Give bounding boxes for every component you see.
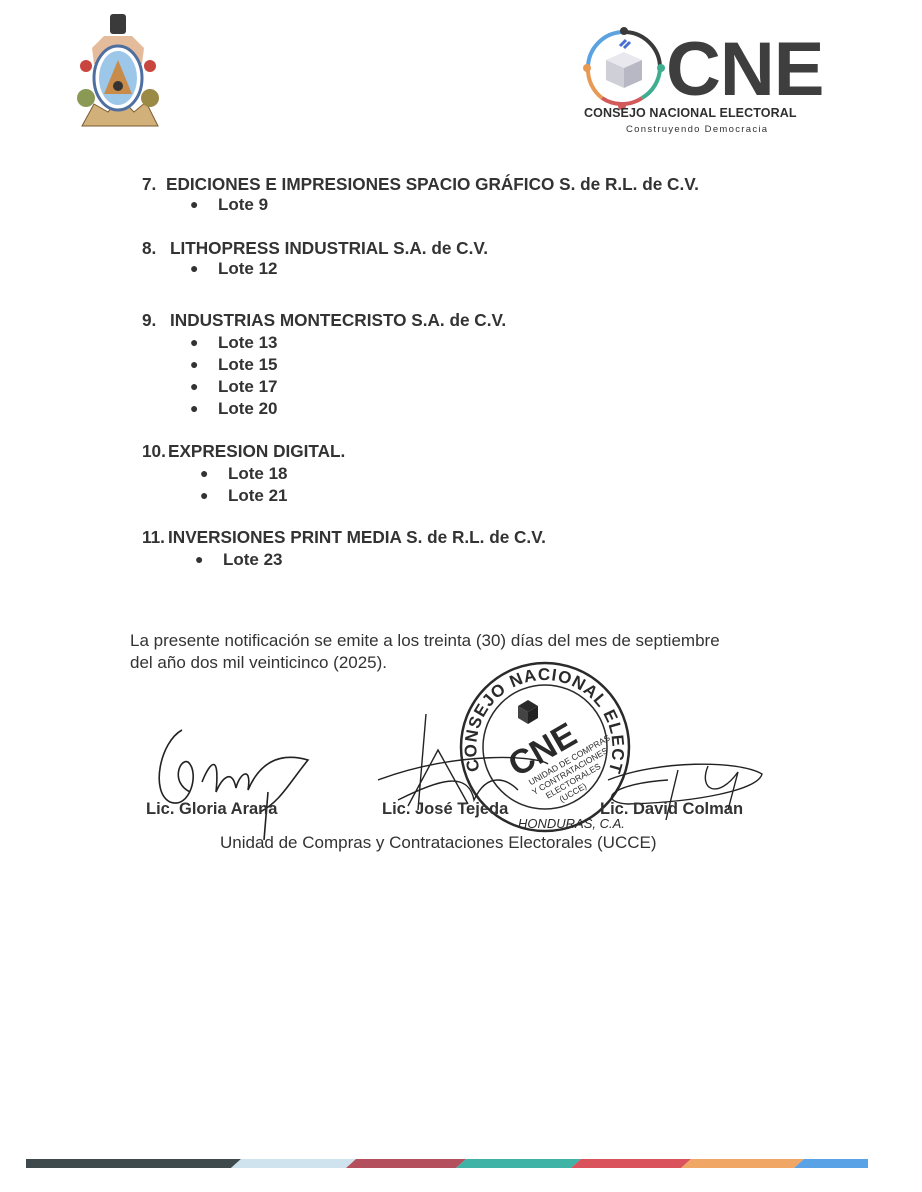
cne-wordmark: CNE [666,30,823,110]
company-number: 7. [142,174,166,194]
company-number: 11. [142,527,168,547]
lote-item: ●Lote 21 [200,484,288,507]
company-item: 9.INDUSTRIAS MONTECRISTO S.A. de C.V. [142,310,506,330]
company-name: LITHOPRESS INDUSTRIAL S.A. de C.V. [170,238,488,258]
bullet-icon: ● [200,462,228,484]
signer-name: Lic. José Tejeda [382,800,508,819]
company-item: 7.EDICIONES E IMPRESIONES SPACIO GRÁFICO… [142,174,699,194]
company-name: INVERSIONES PRINT MEDIA S. de R.L. de C.… [168,527,546,547]
company-item: 11.INVERSIONES PRINT MEDIA S. de R.L. de… [142,527,546,547]
lote-label: Lote 17 [218,377,278,396]
lote-item: ●Lote 13 [190,331,278,354]
bullet-icon: ● [190,397,218,419]
lote-label: Lote 13 [218,333,278,352]
company-number: 8. [142,238,170,258]
bullet-icon: ● [195,548,223,570]
lote-item: ●Lote 9 [190,193,268,216]
company-item: 8.LITHOPRESS INDUSTRIAL S.A. de C.V. [142,238,488,258]
company-item: 10.EXPRESION DIGITAL. [142,441,345,461]
cne-logo: CNE CONSEJO NACIONAL ELECTORAL Construye… [582,26,832,140]
lote-label: Lote 20 [218,399,278,418]
cne-full-name: CONSEJO NACIONAL ELECTORAL [584,106,797,120]
lote-label: Lote 15 [218,355,278,374]
lote-item: ●Lote 15 [190,353,278,376]
cne-tagline: Construyendo Democracia [626,124,768,135]
closing-line-1: La presente notificación se emite a los … [130,630,720,652]
bullet-icon: ● [200,484,228,506]
lote-label: Lote 23 [223,550,283,569]
bullet-icon: ● [190,193,218,215]
closing-line-2: del año dos mil veinticinco (2025). [130,652,387,674]
bullet-icon: ● [190,331,218,353]
company-name: EDICIONES E IMPRESIONES SPACIO GRÁFICO S… [166,174,699,194]
company-name: EXPRESION DIGITAL. [168,441,345,461]
signature-gloria-arana-icon [140,722,320,842]
ballot-box-icon [582,26,666,110]
lote-item: ●Lote 18 [200,462,288,485]
bullet-icon: ● [190,375,218,397]
bullet-icon: ● [190,257,218,279]
lote-item: ●Lote 20 [190,397,278,420]
coat-of-arms-icon [72,8,164,132]
bullet-icon: ● [190,353,218,375]
company-number: 9. [142,310,170,330]
lote-item: ●Lote 12 [190,257,278,280]
signer-name: Lic. Gloria Arana [146,800,277,819]
lote-label: Lote 9 [218,195,268,214]
company-name: INDUSTRIAS MONTECRISTO S.A. de C.V. [170,310,506,330]
lote-item: ●Lote 17 [190,375,278,398]
lote-item: ●Lote 23 [195,548,283,571]
signer-name: Lic. David Colman [600,800,743,819]
lote-label: Lote 18 [228,464,288,483]
unit-name: Unidad de Compras y Contrataciones Elect… [220,833,657,853]
company-number: 10. [142,441,168,461]
lote-label: Lote 12 [218,259,278,278]
lote-label: Lote 21 [228,486,288,505]
footer-color-stripe [26,1159,868,1168]
